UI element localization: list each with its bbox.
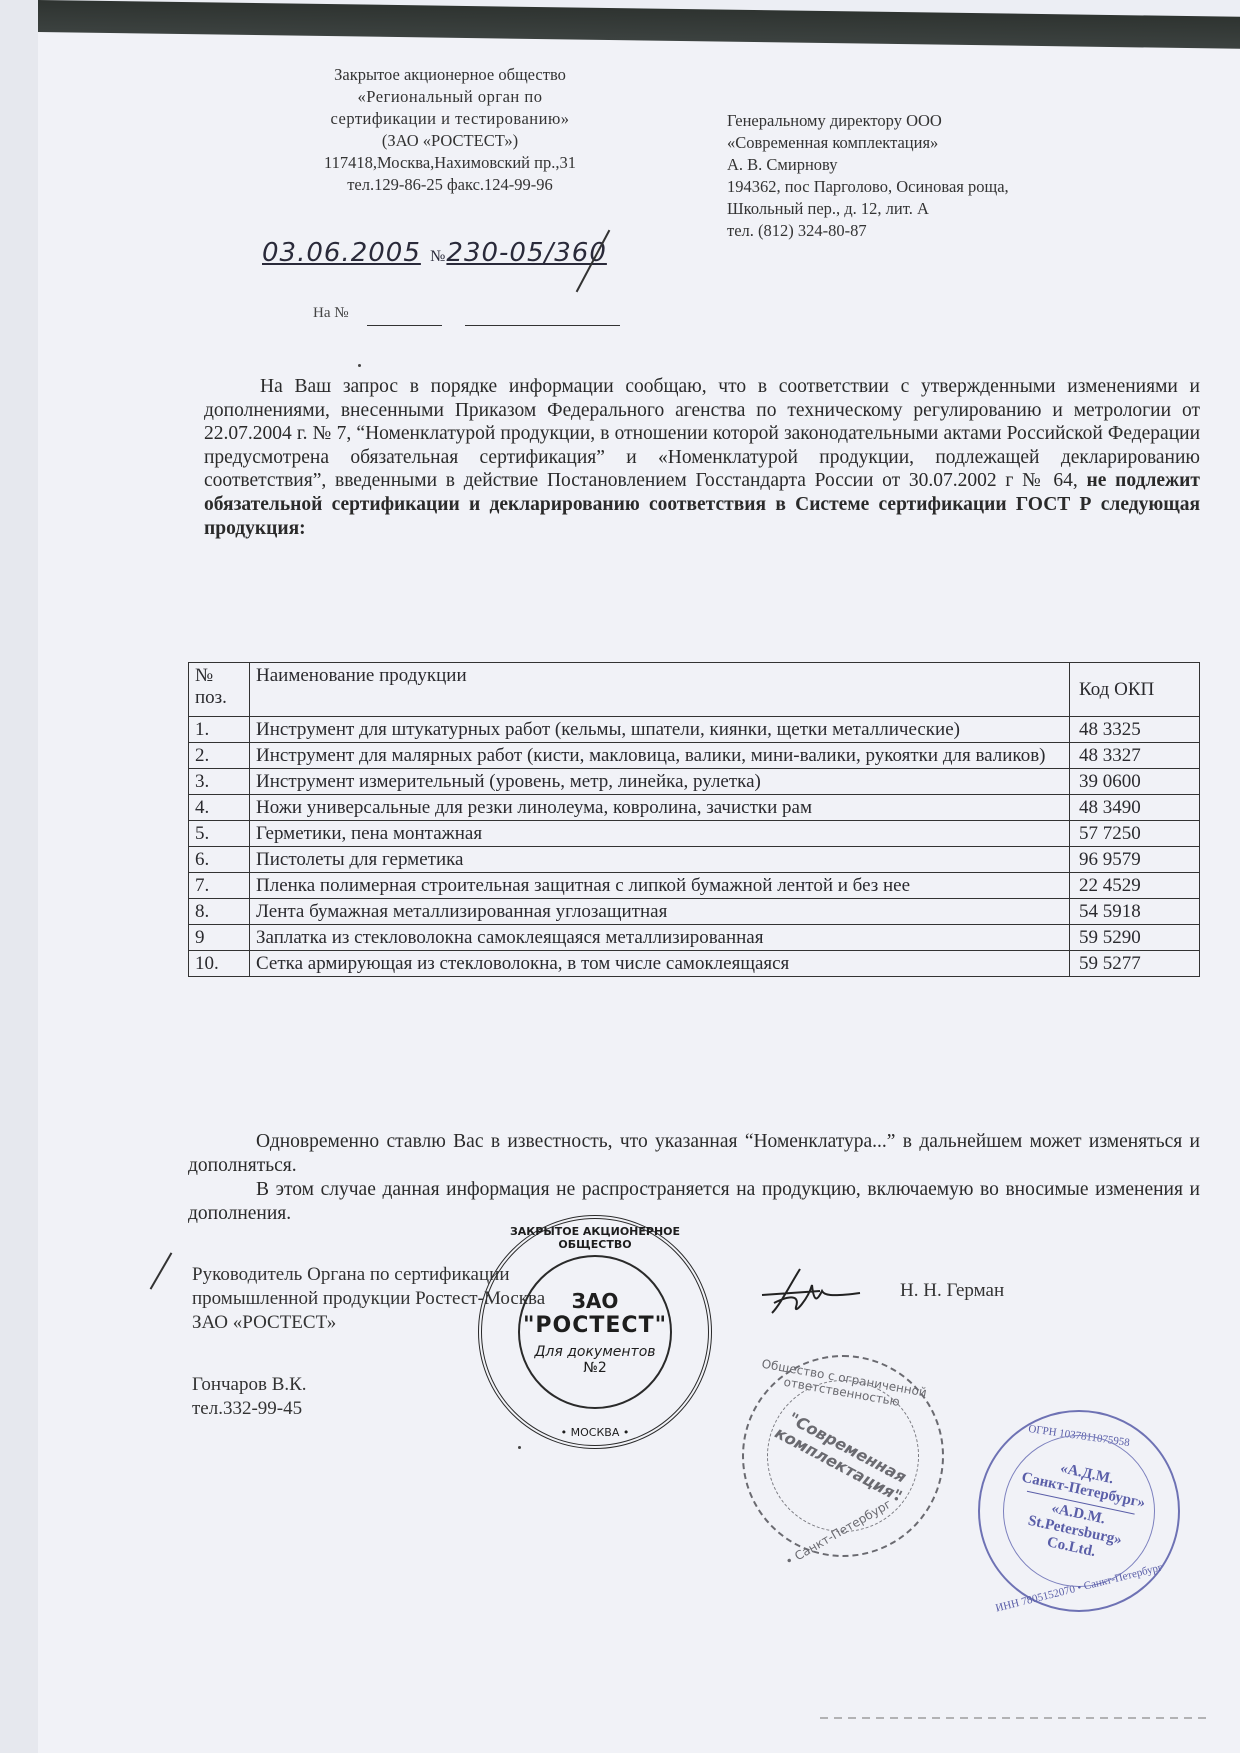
recipient-company: «Современная комплектация» — [727, 132, 1107, 154]
closing-text: Одновременно ставлю Вас в известность, ч… — [188, 1130, 1200, 1226]
body-regular-text: На Ваш запрос в порядке информации сообщ… — [204, 376, 1200, 491]
cell-code: 39 0600 — [1070, 769, 1200, 795]
header-name: Наименование продукции — [250, 663, 1070, 717]
executor-phone: тел.332-99-45 — [192, 1397, 307, 1421]
table-row: 1. Инструмент для штукатурных работ (кел… — [189, 717, 1200, 743]
cell-name: Герметики, пена монтажная — [250, 821, 1070, 847]
reply-to-label: На № — [313, 305, 349, 322]
executor-contact: Гончаров В.К. тел.332-99-45 — [192, 1373, 307, 1421]
cell-num: 3. — [189, 769, 250, 795]
cell-code: 57 7250 — [1070, 821, 1200, 847]
cell-name: Лента бумажная металлизированная углозащ… — [250, 899, 1070, 925]
table-row: 9 Заплатка из стекловолокна самоклеящаяс… — [189, 925, 1200, 951]
executor-name: Гончаров В.К. — [192, 1373, 307, 1397]
cell-num: 4. — [189, 795, 250, 821]
seal-ring-top-text: ЗАКРЫТОЕ АКЦИОНЕРНОЕ ОБЩЕСТВО — [482, 1225, 708, 1251]
sender-phones: тел.129-86-25 факс.124-99-96 — [270, 174, 630, 196]
table-row: 4. Ножи универсальные для резки линолеум… — [189, 795, 1200, 821]
table-row: 7. Пленка полимерная строительная защитн… — [189, 873, 1200, 899]
cell-code: 48 3325 — [1070, 717, 1200, 743]
header-code: Код ОКП — [1070, 663, 1200, 717]
cell-code: 48 3327 — [1070, 743, 1200, 769]
recipient-block: Генеральному директору ООО «Современная … — [727, 110, 1107, 242]
seal-center-line-2: "РОСТЕСТ" — [523, 1313, 667, 1338]
table-row: 3. Инструмент измерительный (уровень, ме… — [189, 769, 1200, 795]
sovremennaya-komplektaciya-stamp: Общество с ограниченной ответственностью… — [742, 1355, 944, 1557]
closing-paragraph-2: В этом случае данная информация не распр… — [188, 1178, 1200, 1226]
recipient-phone: тел. (812) 324-80-87 — [727, 220, 1107, 242]
adm-company-stamp: ОГРН 1037811075958 «А.Д.М. Санкт-Петербу… — [978, 1410, 1180, 1612]
products-table: № поз. Наименование продукции Код ОКП 1.… — [188, 662, 1200, 977]
reply-date-blank — [465, 325, 620, 326]
number-sign: № — [430, 248, 446, 265]
cell-num: 7. — [189, 873, 250, 899]
rostest-seal-stamp: ЗАКРЫТОЕ АКЦИОНЕРНОЕ ОБЩЕСТВО ЗАО "РОСТЕ… — [478, 1215, 712, 1449]
scan-left-margin — [0, 0, 38, 1753]
reply-number-blank — [367, 325, 442, 326]
cell-code: 59 5290 — [1070, 925, 1200, 951]
cell-name: Инструмент измерительный (уровень, метр,… — [250, 769, 1070, 795]
handwritten-date: 03.06.2005 — [262, 238, 421, 268]
recipient-address-1: 194362, пос Парголово, Осиновая роща, — [727, 176, 1107, 198]
closing-paragraph-1: Одновременно ставлю Вас в известность, ч… — [188, 1130, 1200, 1178]
cell-num: 8. — [189, 899, 250, 925]
cell-name: Пистолеты для герметика — [250, 847, 1070, 873]
table-row: 10. Сетка армирующая из стекловолокна, в… — [189, 951, 1200, 977]
cell-name: Ножи универсальные для резки линолеума, … — [250, 795, 1070, 821]
sender-org-name-2: сертификации и тестированию» — [270, 108, 630, 130]
cell-name: Инструмент для штукатурных работ (кельмы… — [250, 717, 1070, 743]
sender-letterhead: Закрытое акционерное общество «Региональ… — [270, 64, 630, 196]
cell-code: 22 4529 — [1070, 873, 1200, 899]
seal-center-line-3: Для документов — [534, 1344, 655, 1360]
sender-address: 117418,Москва,Нахимовский пр.,31 — [270, 152, 630, 174]
table-row: 8. Лента бумажная металлизированная угло… — [189, 899, 1200, 925]
table-row: 2. Инструмент для малярных работ (кисти,… — [189, 743, 1200, 769]
handwritten-signature — [760, 1265, 870, 1325]
recipient-name: А. В. Смирнову — [727, 154, 1107, 176]
cell-name: Заплатка из стекловолокна самоклеящаяся … — [250, 925, 1070, 951]
cell-num: 6. — [189, 847, 250, 873]
recipient-address-2: Школьный пер., д. 12, лит. А — [727, 198, 1107, 220]
sender-org-type: Закрытое акционерное общество — [270, 64, 630, 86]
scan-speck — [358, 364, 361, 367]
cell-num: 10. — [189, 951, 250, 977]
header-num: № поз. — [189, 663, 250, 717]
cell-name: Инструмент для малярных работ (кисти, ма… — [250, 743, 1070, 769]
sender-org-name-1: «Региональный орган по — [270, 86, 630, 108]
cell-name: Сетка армирующая из стекловолокна, в том… — [250, 951, 1070, 977]
cell-num: 9 — [189, 925, 250, 951]
cell-code: 96 9579 — [1070, 847, 1200, 873]
table-row: 6. Пистолеты для герметика 96 9579 — [189, 847, 1200, 873]
seal-center-line-4: №2 — [583, 1360, 606, 1376]
sender-org-short: (ЗАО «РОСТЕСТ») — [270, 130, 630, 152]
cell-code: 48 3490 — [1070, 795, 1200, 821]
cell-code: 54 5918 — [1070, 899, 1200, 925]
letter-body: На Ваш запрос в порядке информации сообщ… — [204, 375, 1200, 540]
cell-name: Пленка полимерная строительная защитная … — [250, 873, 1070, 899]
seal-inner-ring: ЗАО "РОСТЕСТ" Для документов №2 — [518, 1255, 672, 1409]
seal-ring-bottom-text: • МОСКВА • — [482, 1426, 708, 1439]
handwritten-number: 230-05/360 — [446, 238, 606, 268]
cell-num: 2. — [189, 743, 250, 769]
signer-name: Н. Н. Герман — [900, 1280, 1004, 1302]
cell-num: 5. — [189, 821, 250, 847]
recipient-title: Генеральному директору ООО — [727, 110, 1107, 132]
scan-speck — [518, 1446, 521, 1449]
cell-code: 59 5277 — [1070, 951, 1200, 977]
table-header-row: № поз. Наименование продукции Код ОКП — [189, 663, 1200, 717]
outgoing-date-number: 03.06.2005 №230-05/360 — [262, 238, 607, 268]
seal-center-line-1: ЗАО — [572, 1289, 619, 1313]
scan-bottom-artifact — [820, 1717, 1210, 1719]
table-row: 5. Герметики, пена монтажная 57 7250 — [189, 821, 1200, 847]
cell-num: 1. — [189, 717, 250, 743]
